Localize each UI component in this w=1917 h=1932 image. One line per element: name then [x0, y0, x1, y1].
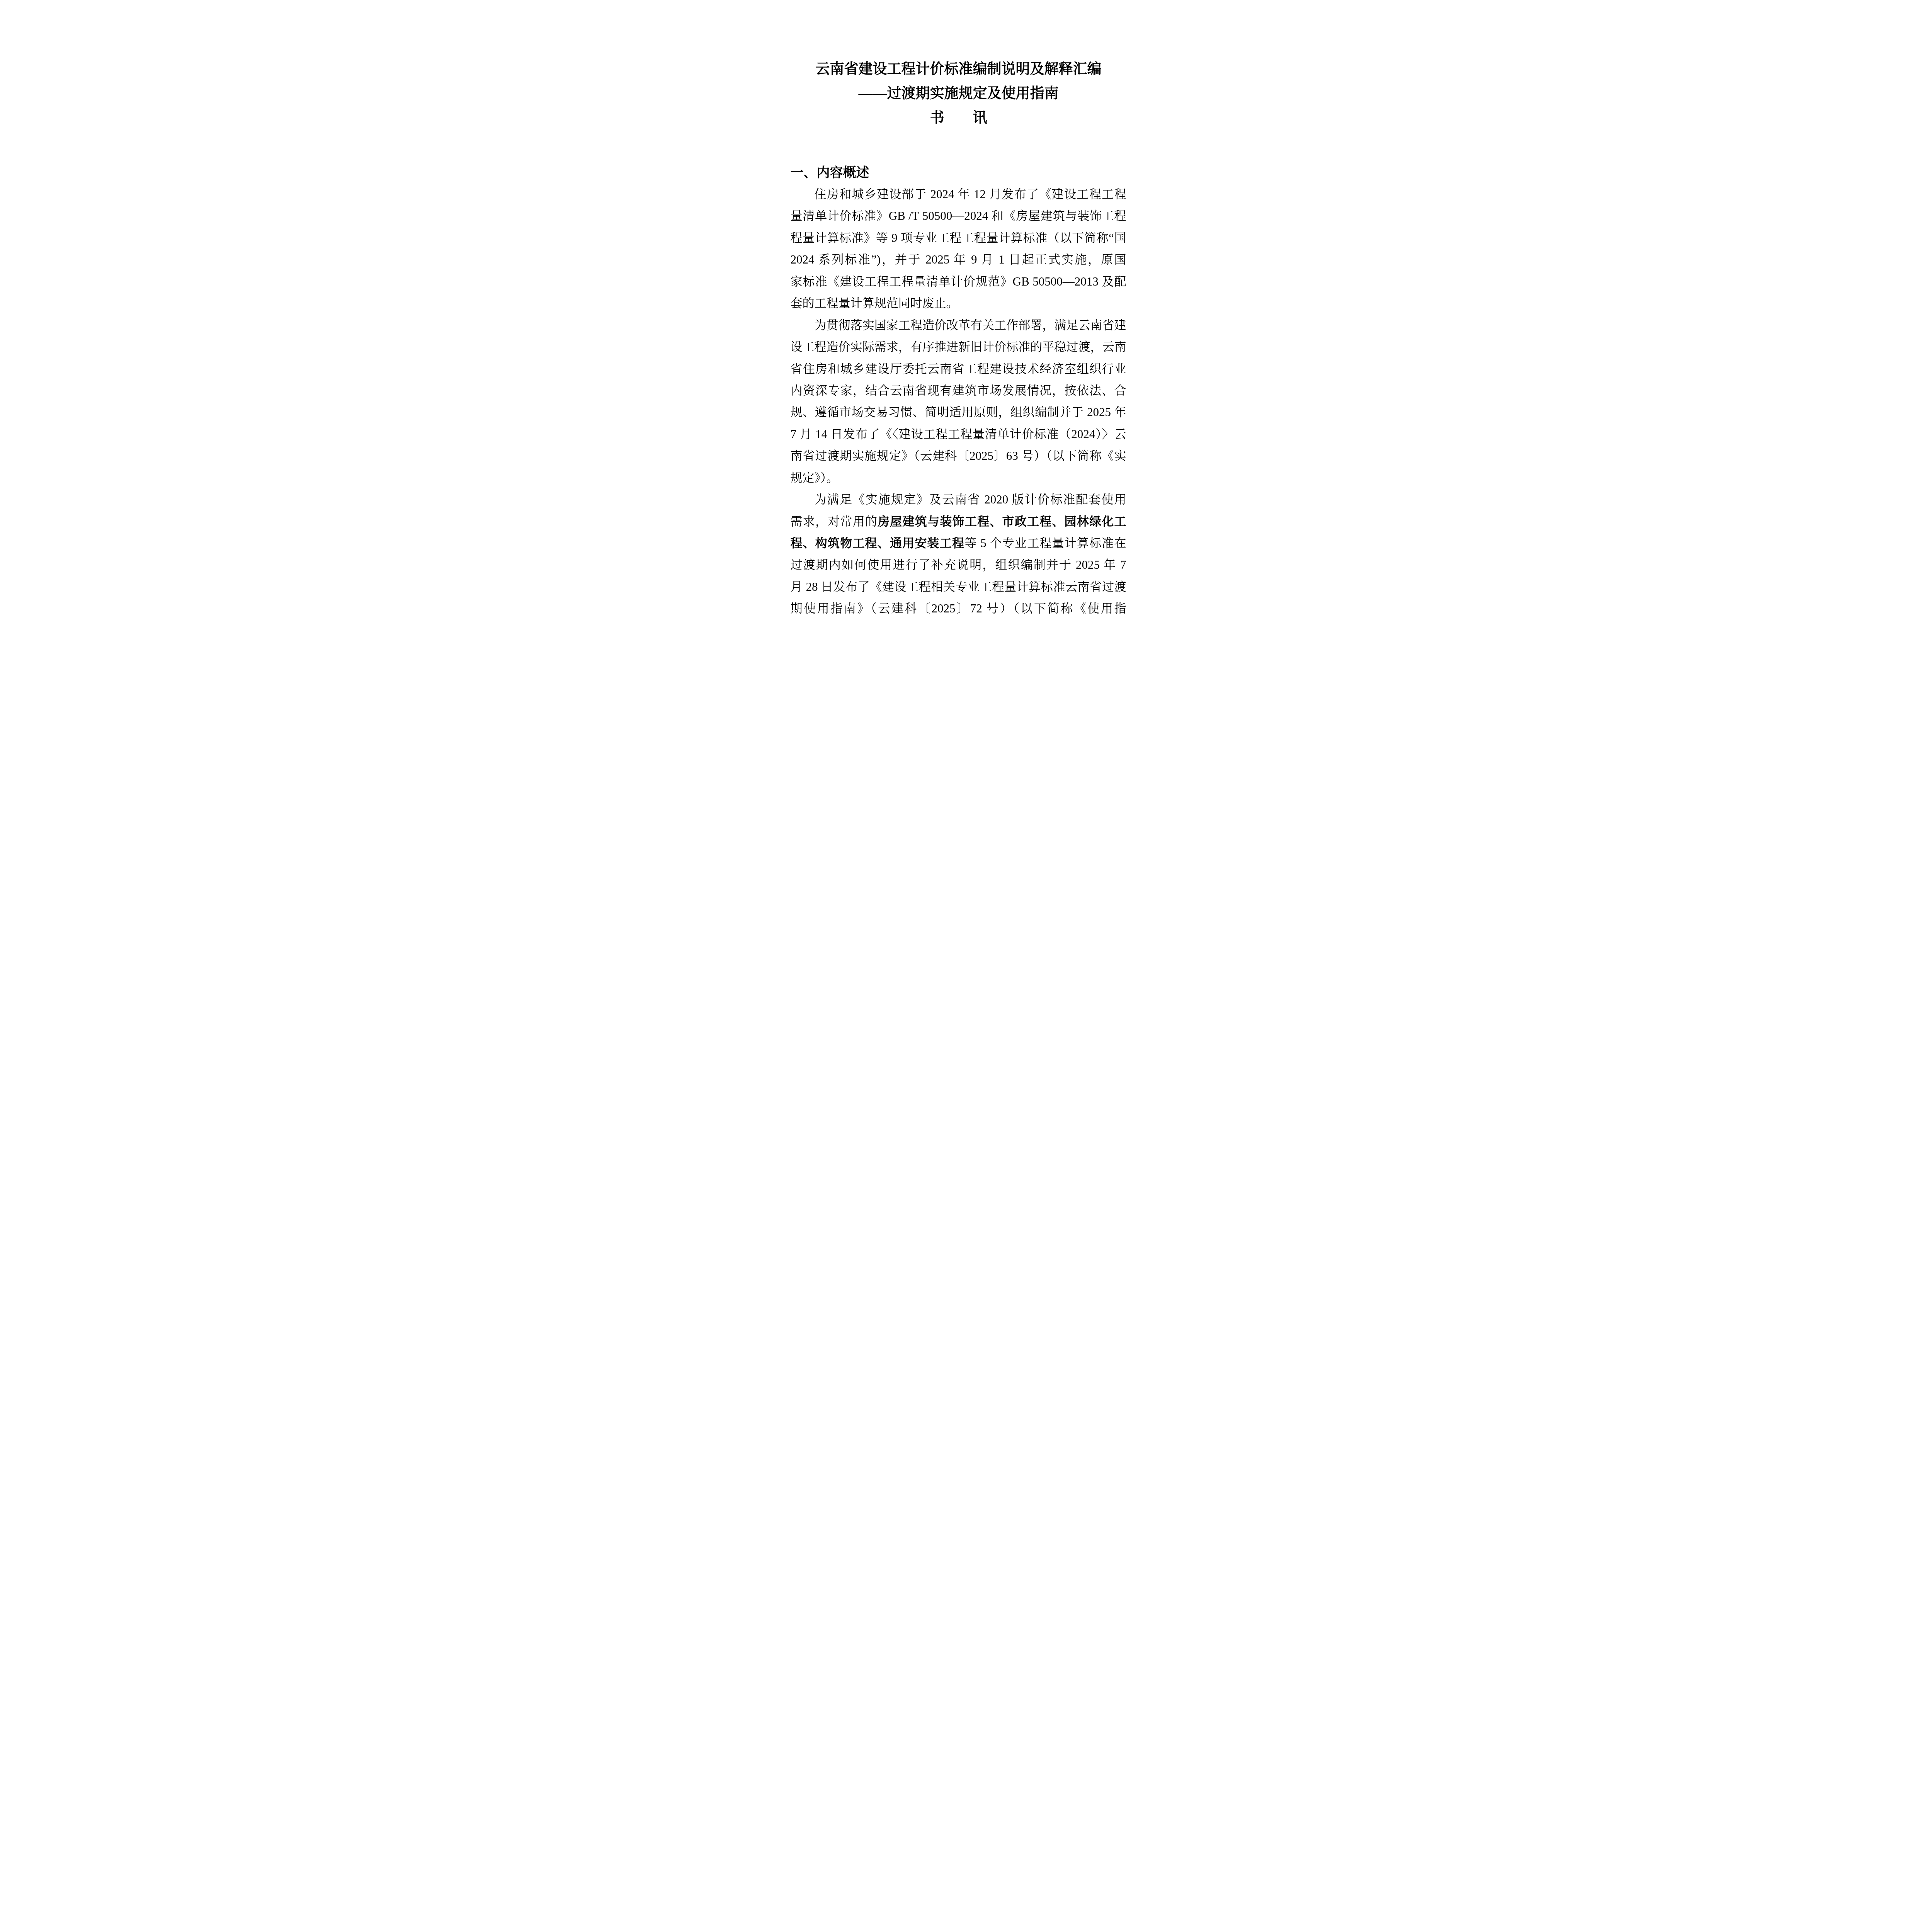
- body-text-segment: 规、遵循市场交易习惯、简明适用原则，组织编制并于 2025 年: [791, 405, 1126, 419]
- bold-emphasis-segment: 程、构筑物工程、通用安装工程: [791, 536, 965, 550]
- document-page: 云南省建设工程计价标准编制说明及解释汇编 ——过渡期实施规定及使用指南 书 讯 …: [719, 0, 1198, 621]
- body-line: 程量计算标准》等 9 项专业工程工程量计算标准（以下简称“国家: [791, 227, 1126, 249]
- doc-title-line-3: 书 讯: [719, 106, 1198, 130]
- body-text-segment: 住房和城乡建设部于 2024 年 12 月发布了《建设工程工程: [815, 187, 1126, 201]
- body-line: 规、遵循市场交易习惯、简明适用原则，组织编制并于 2025 年: [791, 401, 1126, 423]
- body-line: 住房和城乡建设部于 2024 年 12 月发布了《建设工程工程: [791, 184, 1126, 205]
- body-text-segment: 需求，对常用的: [791, 515, 878, 528]
- body-line: 省住房和城乡建设厅委托云南省工程建设技术经济室组织行业: [791, 358, 1126, 380]
- body-line: 规定》）。: [791, 467, 1126, 489]
- body-line: 过渡期内如何使用进行了补充说明，组织编制并于 2025 年 7: [791, 554, 1126, 576]
- body-text-segment: 套的工程量计算规范同时废止。: [791, 296, 958, 310]
- body-text-segment: 家标准《建设工程工程量清单计价规范》GB 50500—2013 及配: [791, 275, 1126, 288]
- body-line: 月 28 日发布了《建设工程相关专业工程量计算标准云南省过渡: [791, 576, 1126, 598]
- body-text-segment: 过渡期内如何使用进行了补充说明，组织编制并于 2025 年 7: [791, 558, 1126, 571]
- body-text-segment: 程量计算标准》等 9 项专业工程工程量计算标准（以下简称“国家: [791, 231, 1126, 249]
- bold-emphasis-segment: 房屋建筑与装饰工程、市政工程、园林绿化工: [878, 515, 1126, 528]
- body-line: 套的工程量计算规范同时废止。: [791, 293, 1126, 314]
- body-line: 需求，对常用的房屋建筑与装饰工程、市政工程、园林绿化工: [791, 511, 1126, 532]
- body-text-segment: 内资深专家，结合云南省现有建筑市场发展情况，按依法、合: [791, 384, 1126, 397]
- body-line: 为贯彻落实国家工程造价改革有关工作部署，满足云南省建: [791, 315, 1126, 336]
- body-text-segment: 为满足《实施规定》及云南省 2020 版计价标准配套使用: [815, 493, 1126, 506]
- title-block: 云南省建设工程计价标准编制说明及解释汇编 ——过渡期实施规定及使用指南 书 讯: [719, 57, 1198, 130]
- body-line: 2024 系列标准”)，并于 2025 年 9 月 1 日起正式实施，原国: [791, 249, 1126, 270]
- body-text-segment: 南省过渡期实施规定》（云建科〔2025〕63 号）（以下简称《实施: [791, 449, 1126, 467]
- body-text: 住房和城乡建设部于 2024 年 12 月发布了《建设工程工程 量清单计价标准》…: [791, 184, 1126, 620]
- body-text-segment: 7 月 14 日发布了《〈建设工程工程量清单计价标准（2024）〉云: [791, 427, 1126, 441]
- body-text-segment: 期使用指南》（云建科〔2025〕72 号）（以下简称《使用指南》），《实: [791, 602, 1126, 619]
- body-line: 期使用指南》（云建科〔2025〕72 号）（以下简称《使用指南》），《实: [791, 598, 1126, 619]
- body-text-segment: 量清单计价标准》GB /T 50500—2024 和《房屋建筑与装饰工程工: [791, 209, 1126, 227]
- section-heading: 一、内容概述: [791, 165, 869, 181]
- body-line: 为满足《实施规定》及云南省 2020 版计价标准配套使用: [791, 489, 1126, 510]
- doc-title-line-2: ——过渡期实施规定及使用指南: [719, 82, 1198, 106]
- doc-title-line-1: 云南省建设工程计价标准编制说明及解释汇编: [719, 57, 1198, 82]
- body-line: 设工程造价实际需求，有序推进新旧计价标准的平稳过渡，云南: [791, 336, 1126, 358]
- body-line: 内资深专家，结合云南省现有建筑市场发展情况，按依法、合: [791, 380, 1126, 401]
- body-text-segment: 2024 系列标准”)，并于 2025 年 9 月 1 日起正式实施，原国: [791, 253, 1126, 266]
- body-line: 南省过渡期实施规定》（云建科〔2025〕63 号）（以下简称《实施: [791, 445, 1126, 467]
- body-text-segment: 为贯彻落实国家工程造价改革有关工作部署，满足云南省建: [815, 318, 1126, 332]
- body-text-segment: 省住房和城乡建设厅委托云南省工程建设技术经济室组织行业: [791, 362, 1126, 376]
- body-text-segment: 月 28 日发布了《建设工程相关专业工程量计算标准云南省过渡: [791, 580, 1126, 594]
- body-line: 家标准《建设工程工程量清单计价规范》GB 50500—2013 及配: [791, 271, 1126, 293]
- body-text-segment: 设工程造价实际需求，有序推进新旧计价标准的平稳过渡，云南: [791, 340, 1126, 354]
- body-line: 量清单计价标准》GB /T 50500—2024 和《房屋建筑与装饰工程工: [791, 205, 1126, 227]
- body-line: 7 月 14 日发布了《〈建设工程工程量清单计价标准（2024）〉云: [791, 423, 1126, 445]
- body-text-segment: 等 5 个专业工程量计算标准在: [964, 536, 1126, 550]
- body-text-segment: 规定》）。: [791, 471, 839, 485]
- body-line: 程、构筑物工程、通用安装工程等 5 个专业工程量计算标准在: [791, 532, 1126, 554]
